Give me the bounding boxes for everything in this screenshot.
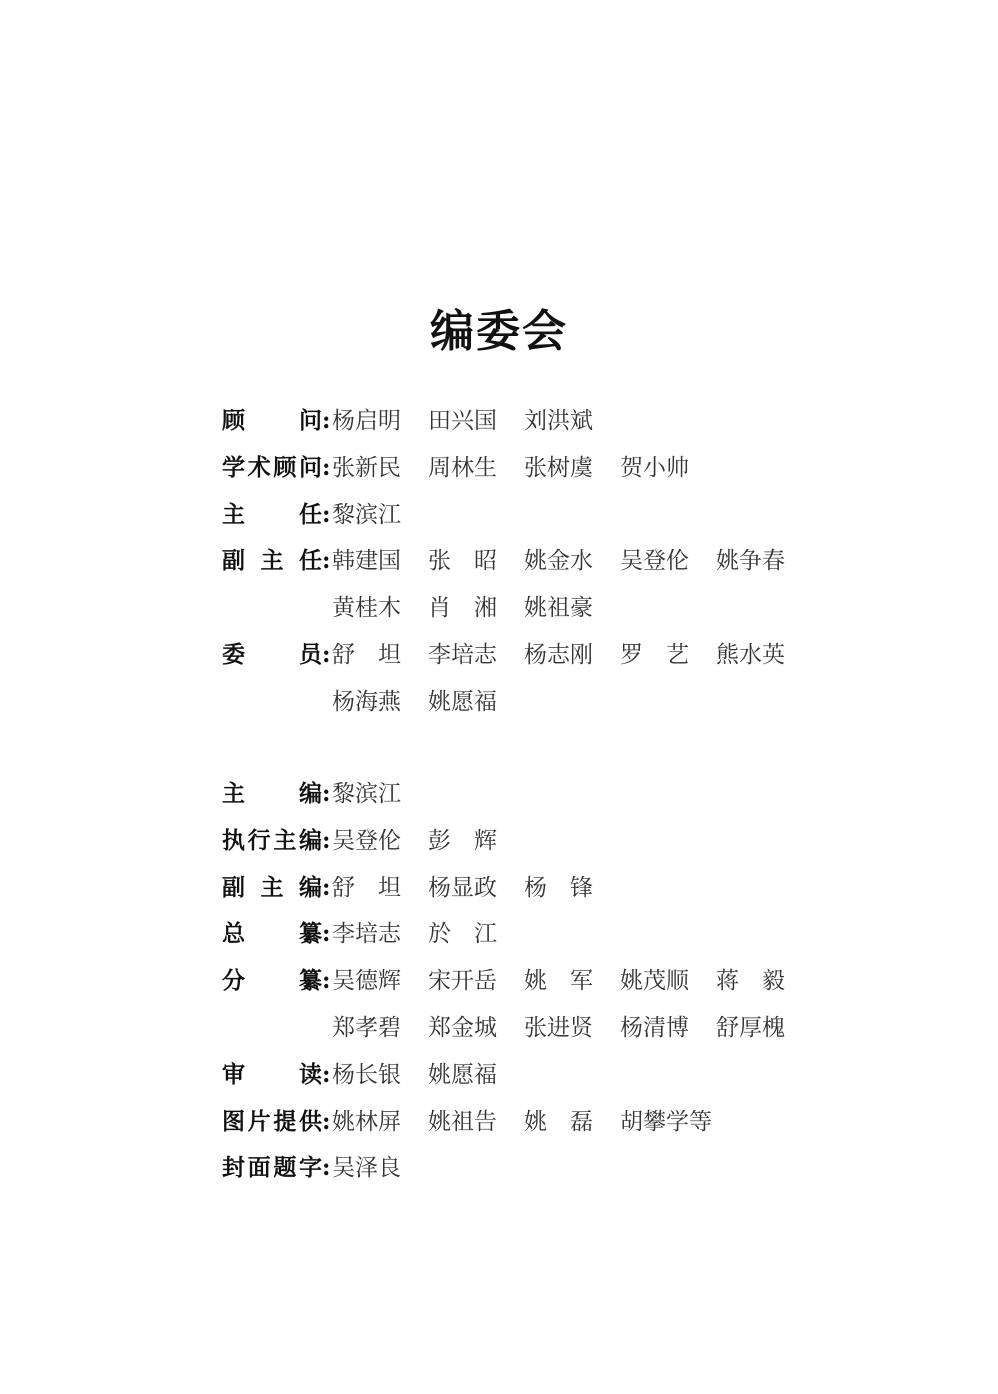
person-name: 杨显政	[428, 871, 497, 905]
colon: :	[322, 1151, 332, 1185]
colon: :	[322, 917, 332, 951]
person-name: 杨清博	[620, 1011, 689, 1045]
person-name: 田兴国	[428, 404, 497, 438]
role-label: 副主任	[222, 544, 322, 578]
role-label: 审读	[222, 1058, 322, 1092]
role-label: 委员	[222, 638, 322, 672]
person-name: 姚茂顺	[620, 964, 689, 998]
role-label: 执行主编	[222, 824, 322, 858]
colon: :	[322, 777, 332, 811]
person-name: 张新民	[332, 451, 401, 485]
person-name: 黎滨江	[332, 498, 401, 532]
person-name: 彭 辉	[428, 824, 497, 858]
person-name: 舒厚槐	[716, 1011, 785, 1045]
person-name: 吴登伦	[620, 544, 689, 578]
person-name: 肖 湘	[428, 591, 497, 625]
colon: :	[322, 824, 332, 858]
colon: :	[322, 871, 332, 905]
page-title: 编委会	[0, 302, 998, 362]
person-name: 姚金水	[524, 544, 593, 578]
role-label: 学术顾问	[222, 451, 322, 485]
person-name: 周林生	[428, 451, 497, 485]
colon: :	[322, 1058, 332, 1092]
person-name: 杨 锋	[524, 871, 593, 905]
person-name: 杨启明	[332, 404, 401, 438]
role-label: 总纂	[222, 917, 322, 951]
person-name: 舒 坦	[332, 638, 401, 672]
colon: :	[322, 964, 332, 998]
colon: :	[322, 544, 332, 578]
person-name: 杨长银	[332, 1058, 401, 1092]
colon: :	[322, 638, 332, 672]
person-name: 杨志刚	[524, 638, 593, 672]
colon: :	[322, 498, 332, 532]
person-name: 张 昭	[428, 544, 497, 578]
role-label: 顾问	[222, 404, 322, 438]
person-name: 蒋 毅	[716, 964, 785, 998]
role-label: 图片提供	[222, 1105, 322, 1139]
person-name: 李培志	[428, 638, 497, 672]
person-name: 吴登伦	[332, 824, 401, 858]
person-name: 姚祖豪	[524, 591, 593, 625]
person-name: 黄桂木	[332, 591, 401, 625]
role-label: 主编	[222, 777, 322, 811]
person-name: 张进贤	[524, 1011, 593, 1045]
person-name: 罗 艺	[620, 638, 689, 672]
colon: :	[322, 451, 332, 485]
person-name: 姚愿福	[428, 685, 497, 719]
person-name: 吴德辉	[332, 964, 401, 998]
person-name: 姚 军	[524, 964, 593, 998]
person-name: 舒 坦	[332, 871, 401, 905]
person-name: 姚争春	[716, 544, 785, 578]
person-name: 宋开岳	[428, 964, 497, 998]
person-name: 姚 磊	[524, 1105, 593, 1139]
person-name: 姚愿福	[428, 1058, 497, 1092]
person-name: 贺小帅	[620, 451, 689, 485]
colon: :	[322, 1105, 332, 1139]
role-label: 封面题字	[222, 1151, 322, 1185]
person-name: 姚祖告	[428, 1105, 497, 1139]
person-name: 郑孝碧	[332, 1011, 401, 1045]
person-name: 韩建国	[332, 544, 401, 578]
person-name: 胡攀学等	[620, 1105, 712, 1139]
person-name: 熊水英	[716, 638, 785, 672]
person-name: 吴泽良	[332, 1151, 401, 1185]
role-label: 主任	[222, 498, 322, 532]
role-label: 副主编	[222, 871, 322, 905]
person-name: 张树虞	[524, 451, 593, 485]
person-name: 於 江	[428, 917, 497, 951]
role-label: 分纂	[222, 964, 322, 998]
person-name: 李培志	[332, 917, 401, 951]
person-name: 刘洪斌	[524, 404, 593, 438]
person-name: 姚林屏	[332, 1105, 401, 1139]
colon: :	[322, 404, 332, 438]
person-name: 杨海燕	[332, 685, 401, 719]
person-name: 黎滨江	[332, 777, 401, 811]
person-name: 郑金城	[428, 1011, 497, 1045]
